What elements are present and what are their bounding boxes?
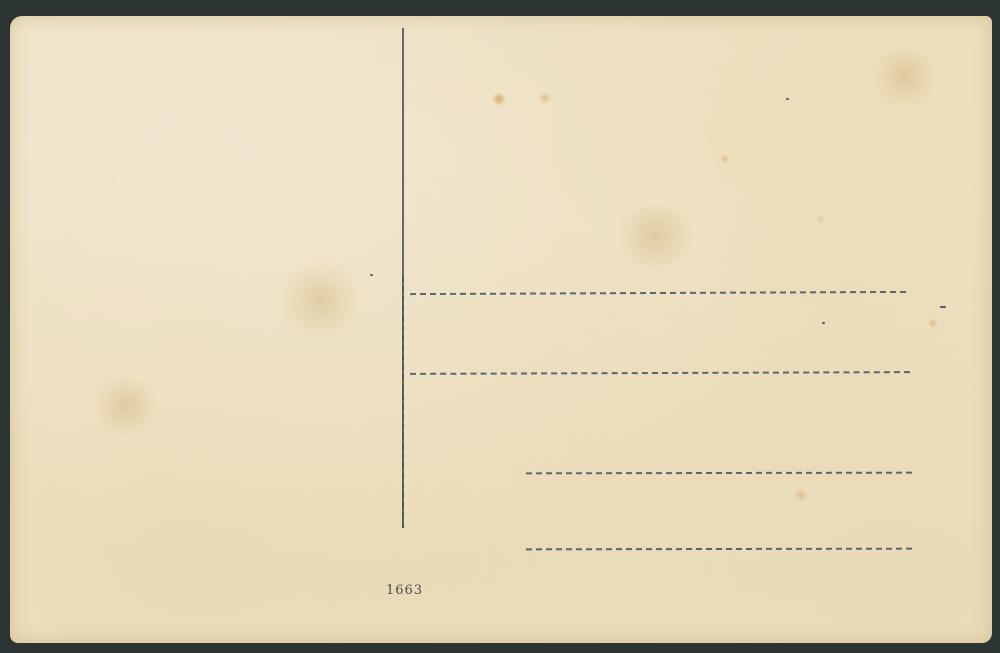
foxing-spot bbox=[538, 92, 552, 104]
stain bbox=[280, 256, 360, 346]
address-line-3 bbox=[526, 472, 912, 475]
ink-speck bbox=[786, 98, 789, 100]
foxing-spot bbox=[794, 488, 808, 502]
foxing-spot bbox=[492, 92, 506, 106]
stain bbox=[610, 206, 700, 266]
address-line-4 bbox=[526, 548, 912, 551]
foxing-spot bbox=[928, 318, 938, 328]
serial-number: 1663 bbox=[386, 583, 423, 598]
stain bbox=[90, 376, 160, 436]
stain bbox=[870, 46, 940, 106]
ink-speck bbox=[370, 274, 373, 276]
ink-speck bbox=[940, 306, 946, 308]
postcard-back: 1663 bbox=[10, 16, 992, 643]
message-address-divider-lower bbox=[402, 276, 404, 528]
foxing-spot bbox=[720, 154, 730, 164]
foxing-spot bbox=[816, 214, 826, 224]
ink-speck bbox=[822, 322, 825, 324]
address-line-1 bbox=[410, 291, 906, 295]
address-line-2 bbox=[410, 371, 910, 375]
scan-background: 1663 bbox=[0, 0, 1000, 653]
